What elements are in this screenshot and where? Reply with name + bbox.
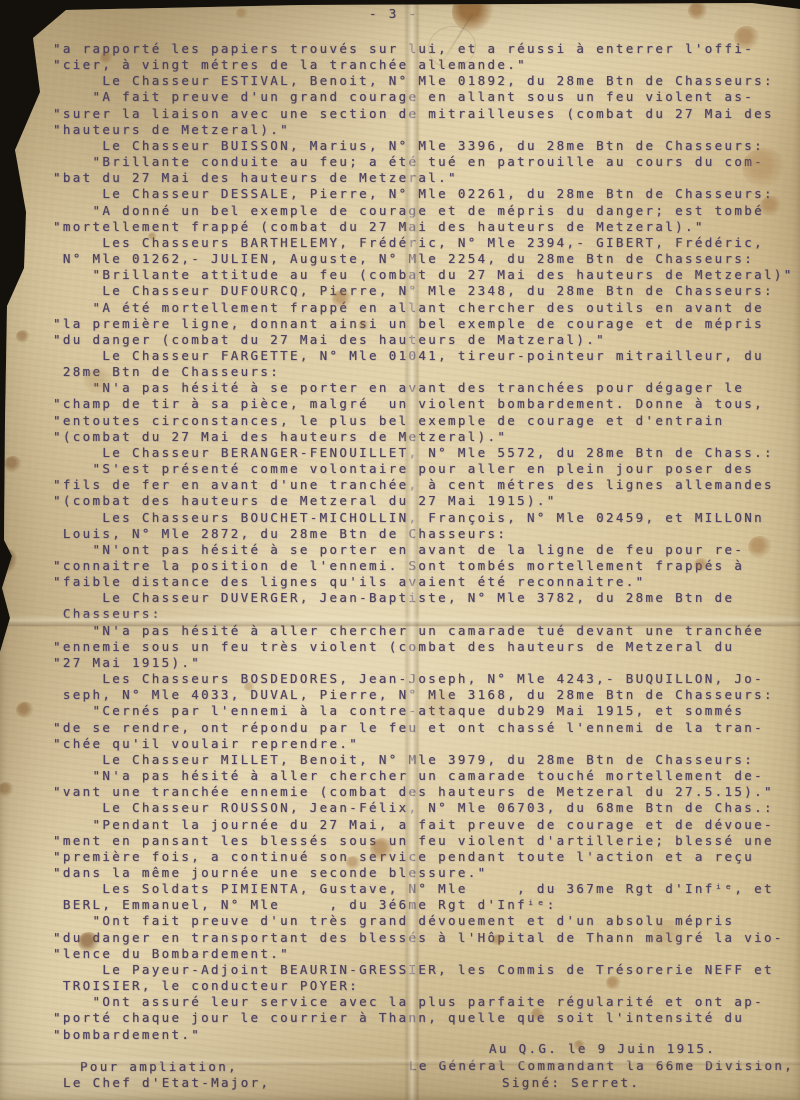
footer-ampliation: Pour ampliation, — [80, 1059, 238, 1074]
page-number: - 3 - — [369, 6, 418, 21]
stain — [0, 92, 20, 114]
paper-sheet: - 3 - "a rapporté les papiers trouvés su… — [0, 0, 800, 1100]
footer-commander-line: Le Général Commandant la 66me Division, — [409, 1058, 794, 1073]
typewritten-text-layer: - 3 - "a rapporté les papiers trouvés su… — [0, 0, 800, 1100]
footer-signature: Signé: Serret. — [502, 1075, 640, 1090]
footer-chief-of-staff: Le Chef d'Etat-Major, — [63, 1075, 270, 1090]
document-body-text: "a rapporté les papiers trouvés sur lui,… — [53, 41, 794, 1043]
stain — [0, 190, 22, 220]
footer-place-date: Au Q.G. le 9 Juin 1915. — [489, 1041, 716, 1056]
scanned-document-page: - 3 - "a rapporté les papiers trouvés su… — [0, 0, 800, 1100]
